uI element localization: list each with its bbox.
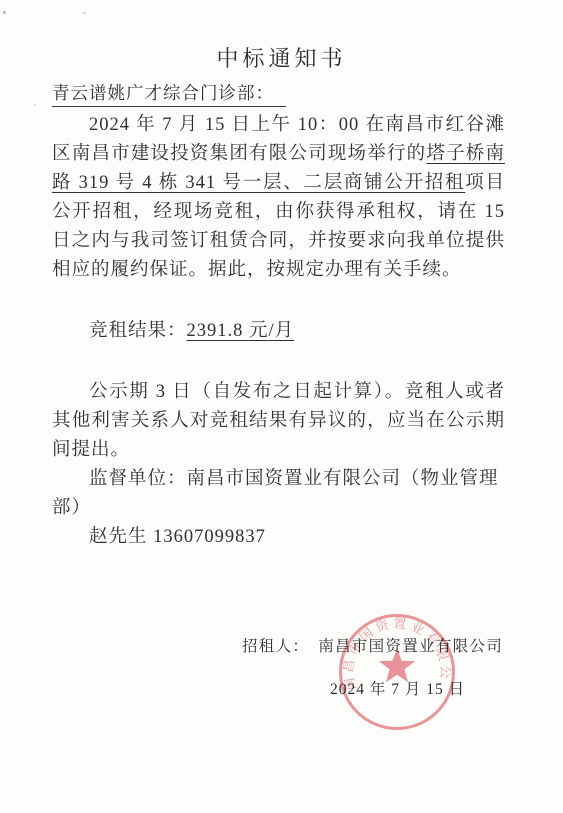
document-title: 中标通知书 [0, 42, 563, 73]
lessor-label: 招租人： [242, 638, 309, 655]
main-paragraph: 2024 年 7 月 15 日上午 10：00 在南昌市红谷滩区南昌市建设投资集… [52, 111, 505, 285]
bid-result-line: 竞租结果：2391.8 元/月 [52, 317, 294, 346]
scan-speck [3, 11, 6, 14]
publicity-period-paragraph: 公示期 3 日（自发布之日起计算）。竞租人或者其他利害关系人对竞租结果有异议的，… [52, 378, 505, 465]
company-seal-stamp: 南昌市国资置业有限公司 [327, 602, 467, 742]
contact-line: 赵先生 13607099837 [52, 523, 505, 552]
bid-award-notice-page: 中标通知书 青云谱姚广才综合门诊部： 2024 年 7 月 15 日上午 10：… [0, 0, 563, 813]
seal-star-icon [379, 648, 415, 682]
publicity-notice-block: 公示期 3 日（自发布之日起计算）。竞租人或者其他利害关系人对竞租结果有异议的，… [52, 378, 505, 552]
addressee-line: 青云谱姚广才综合门诊部： [52, 80, 286, 107]
scan-speck [83, 12, 86, 14]
bid-result-label: 竞租结果： [89, 321, 187, 341]
supervisor-line: 监督单位：南昌市国资置业有限公司（物业管理部） [52, 465, 505, 523]
scan-speck [34, 104, 36, 106]
addressee-name: 青云谱姚广才综合门诊部： [52, 80, 286, 107]
bid-result-value: 2391.8 元/月 [187, 321, 295, 341]
